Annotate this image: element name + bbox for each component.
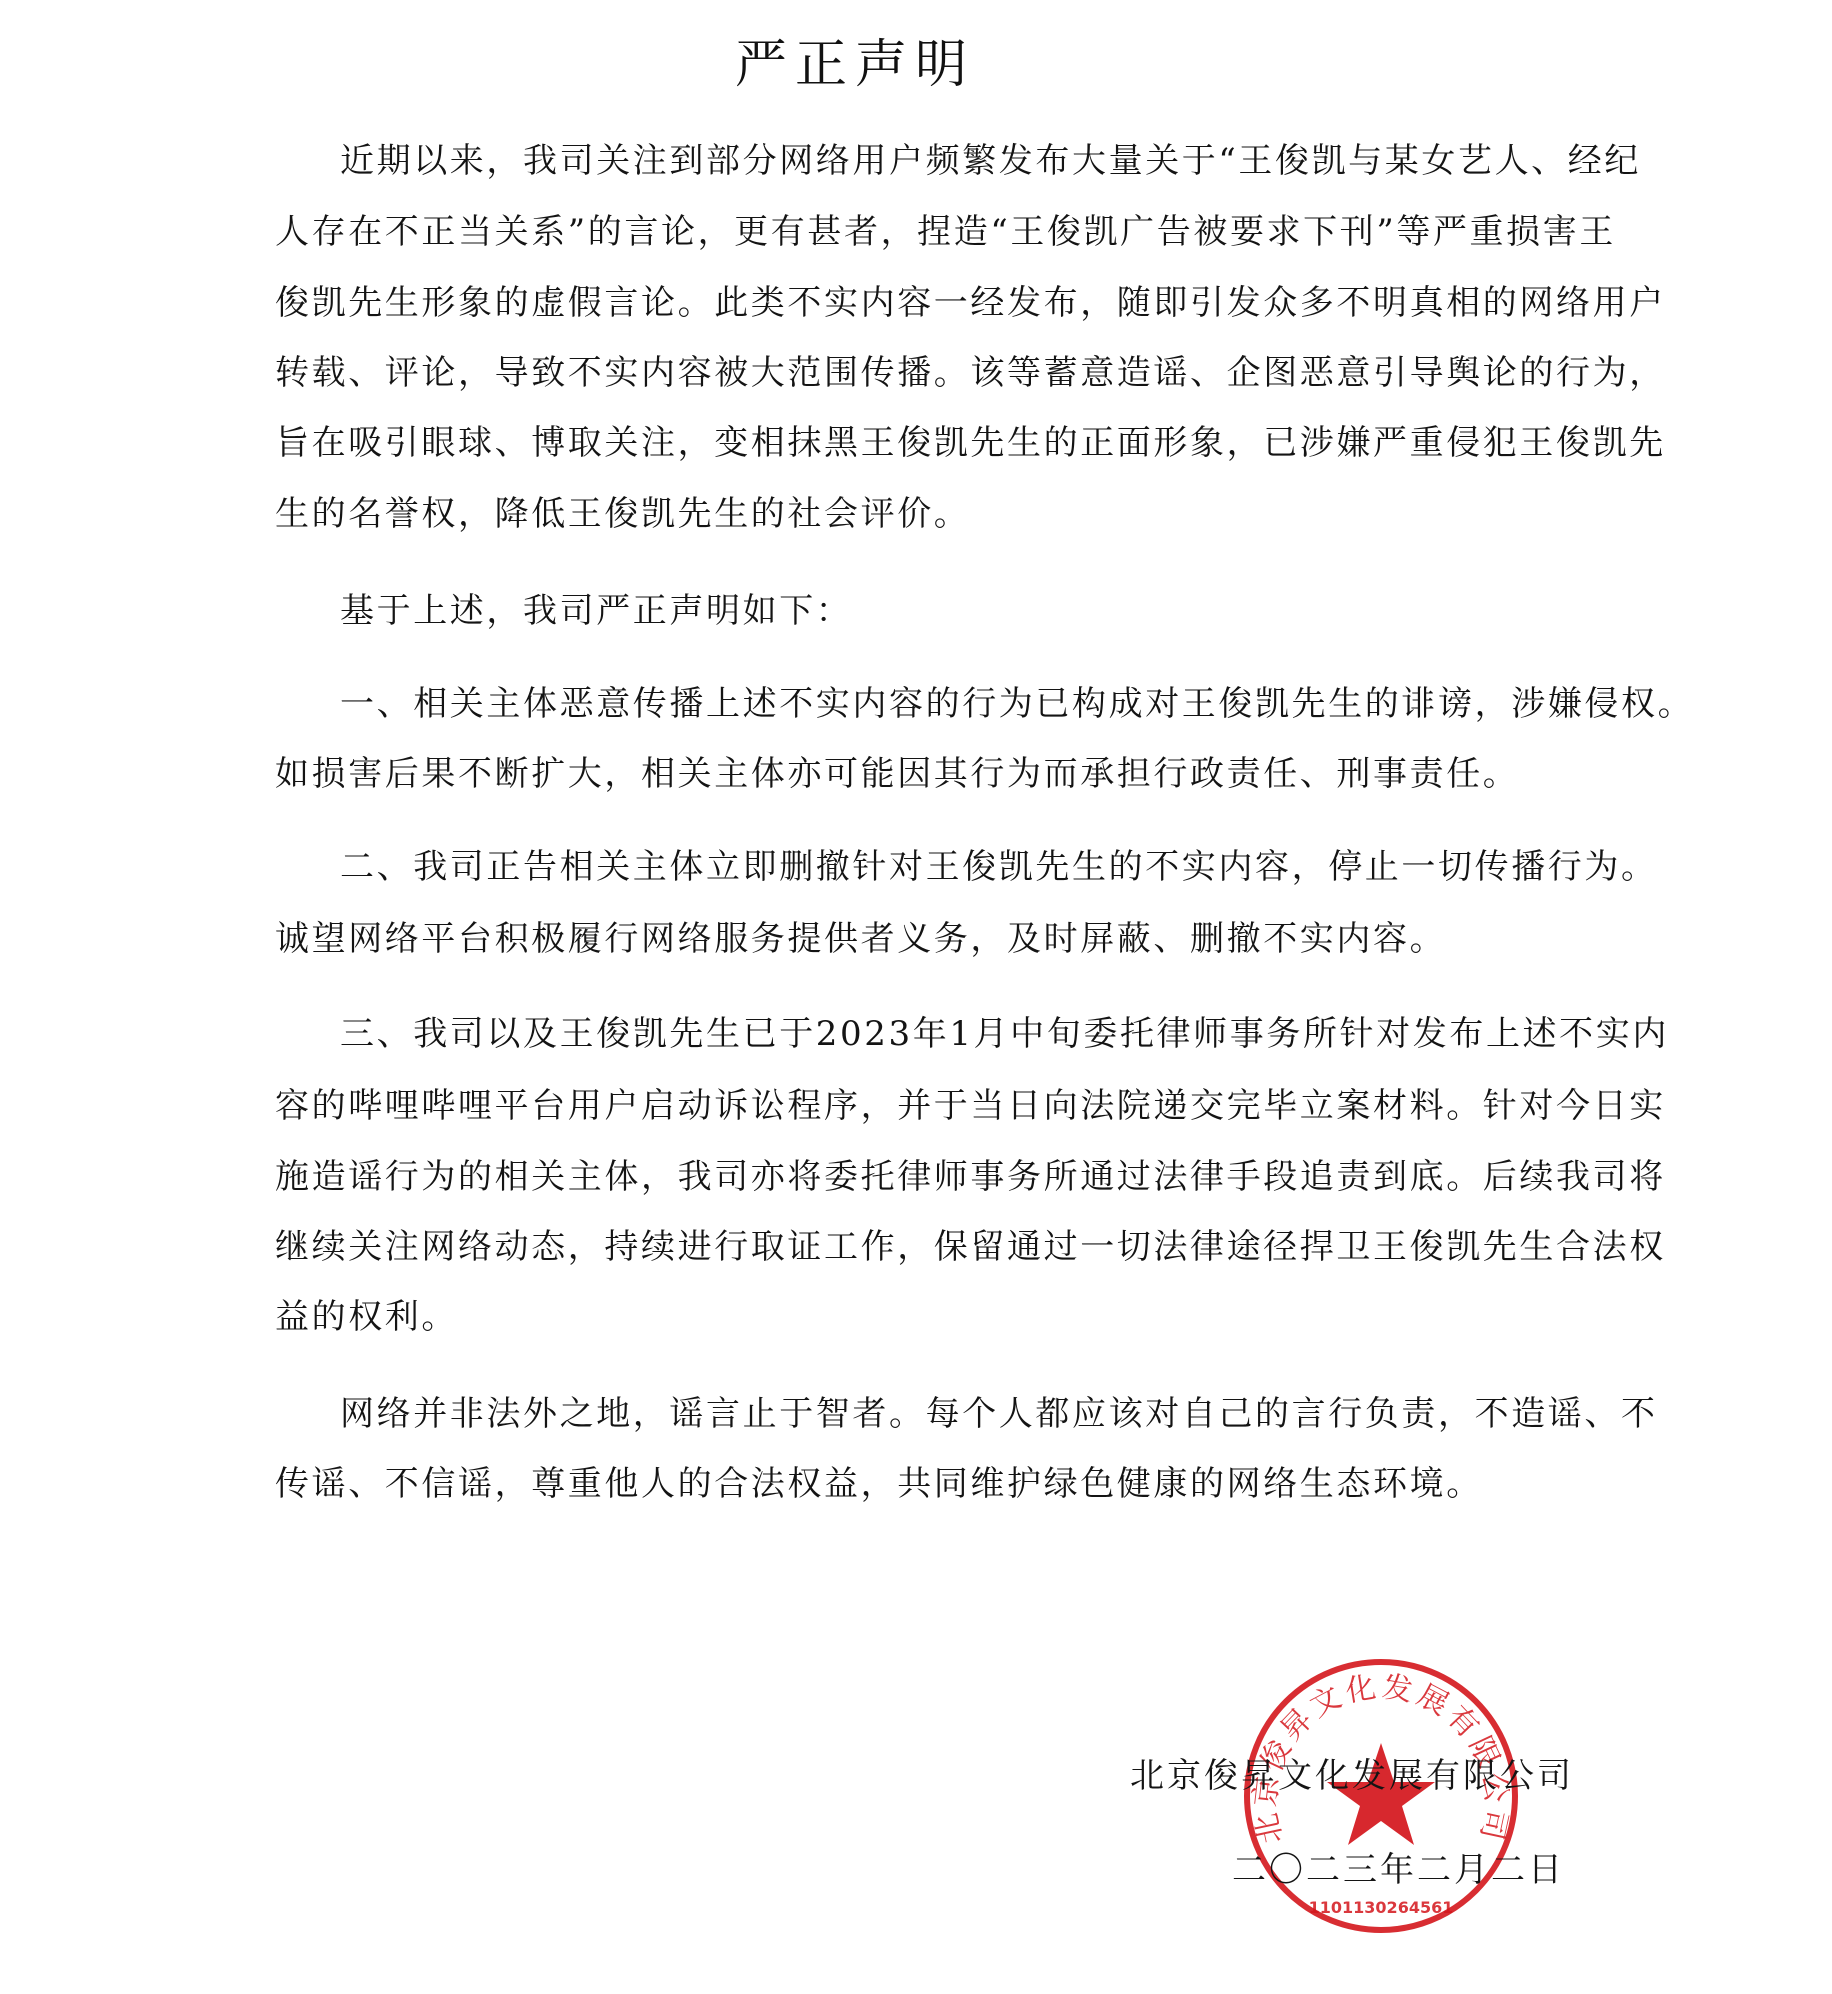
body-line: 三、我司以及王俊凯先生已于2023年1月中旬委托律师事务所针对发布上述不实内 [340,1017,1669,1051]
body-line: 转载、评论，导致不实内容被大范围传播。该等蓄意造谣、企图恶意引导舆论的行为， [275,356,1666,390]
body-line: 生的名誉权，降低王俊凯先生的社会评价。 [275,497,970,531]
body-line: 二、我司正告相关主体立即删撤针对王俊凯先生的不实内容，停止一切传播行为。 [340,850,1658,884]
signature-company: 北京俊昇文化发展有限公司 [1130,1748,1574,1797]
body-line: 人存在不正当关系”的言论，更有甚者，捏造“王俊凯广告被要求下刊”等严重损害王 [275,215,1616,249]
body-line: 诚望网络平台积极履行网络服务提供者义务，及时屏蔽、删撤不实内容。 [275,922,1446,956]
body-line: 基于上述，我司严正声明如下： [340,594,852,628]
body-line: 施造谣行为的相关主体，我司亦将委托律师事务所通过法律手段追责到底。后续我司将 [275,1160,1666,1194]
body-line: 继续关注网络动态，持续进行取证工作，保留通过一切法律途径捍卫王俊凯先生合法权 [275,1230,1666,1264]
body-line: 传谣、不信谣，尊重他人的合法权益，共同维护绿色健康的网络生态环境。 [275,1467,1483,1501]
body-line: 俊凯先生形象的虚假言论。此类不实内容一经发布，随即引发众多不明真相的网络用户 [275,286,1666,320]
seal-number: 1101130264561 [1309,1898,1454,1917]
body-line: 一、相关主体恶意传播上述不实内容的行为已构成对王俊凯先生的诽谤，涉嫌侵权。 [340,687,1694,721]
page-title: 严正声明 [0,22,1710,97]
body-line: 益的权利。 [275,1300,458,1334]
signature-date: 二〇二三年二月二日 [1232,1842,1565,1891]
body-line: 近期以来，我司关注到部分网络用户频繁发布大量关于“王俊凯与某女艺人、经纪 [340,144,1641,178]
body-line: 容的哔哩哔哩平台用户启动诉讼程序，并于当日向法院递交完毕立案材料。针对今日实 [275,1089,1666,1123]
body-line: 如损害后果不断扩大，相关主体亦可能因其行为而承担行政责任、刑事责任。 [275,757,1519,791]
body-line: 网络并非法外之地，谣言止于智者。每个人都应该对自己的言行负责，不造谣、不 [340,1397,1658,1431]
body-line: 旨在吸引眼球、博取关注，变相抹黑王俊凯先生的正面形象，已涉嫌严重侵犯王俊凯先 [275,426,1666,460]
